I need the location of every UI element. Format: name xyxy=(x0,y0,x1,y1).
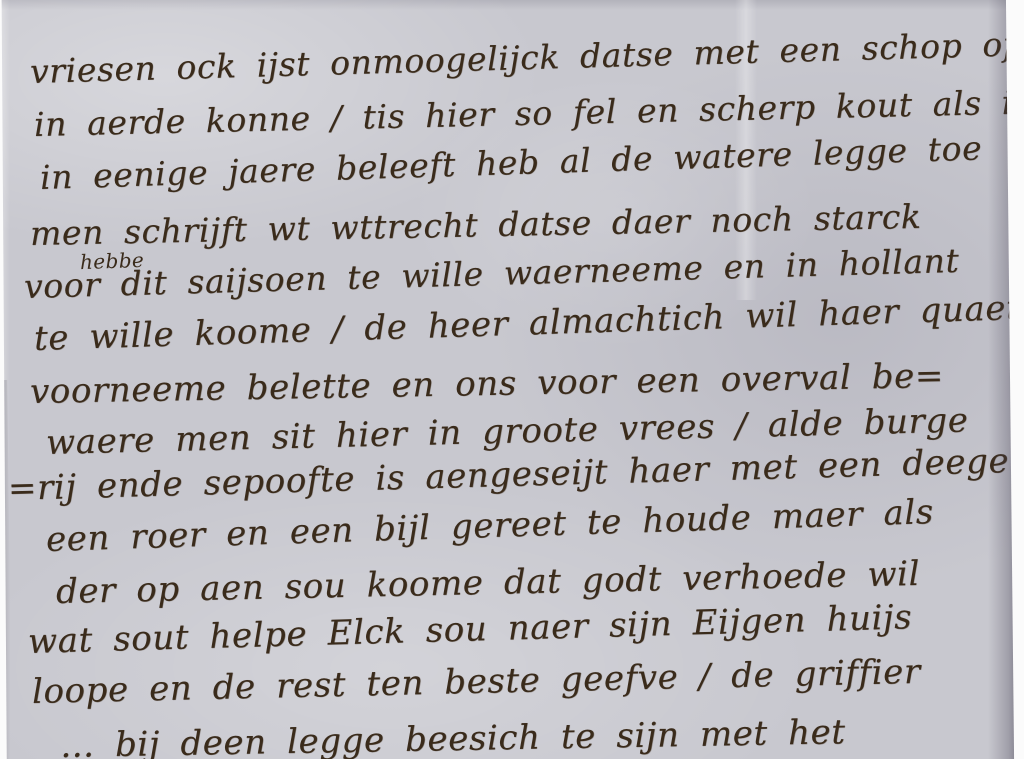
manuscript-scan: vriesen ock ijst onmoogelijck datse met … xyxy=(0,0,1024,759)
